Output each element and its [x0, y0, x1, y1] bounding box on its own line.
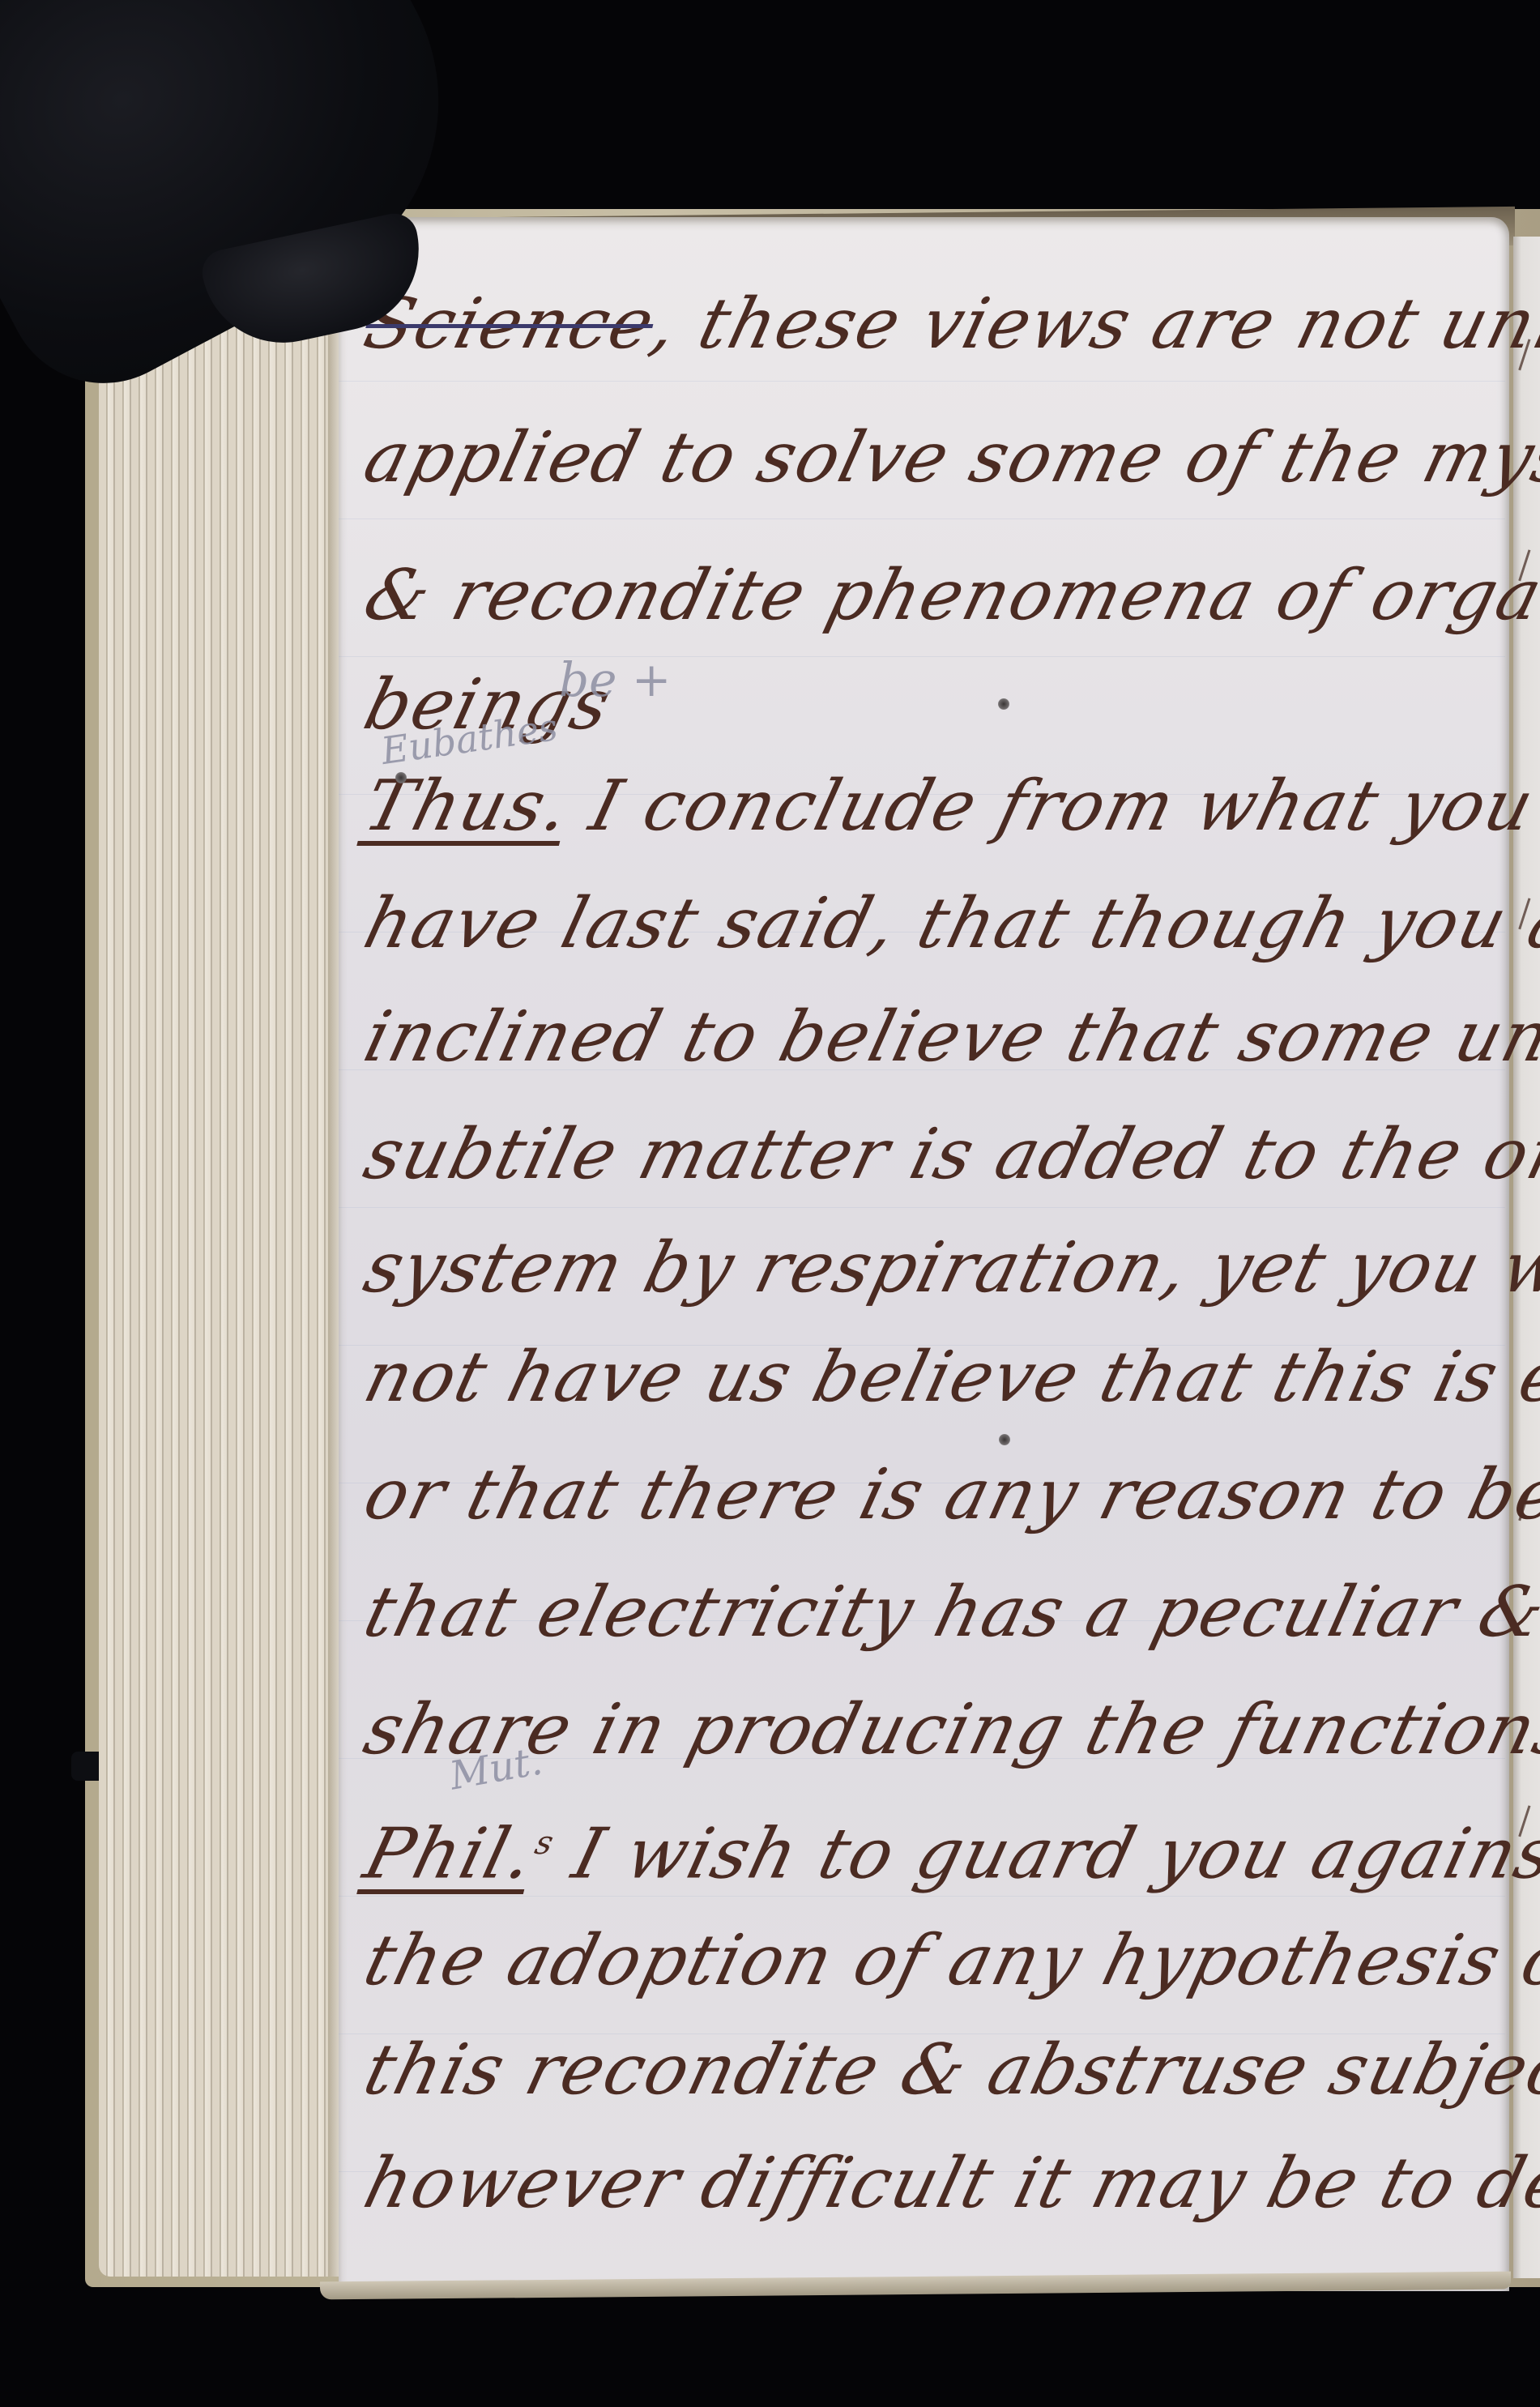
speaker-label: Thus.: [356, 766, 579, 847]
ruled-line: [339, 1896, 1505, 1897]
ruled-line: [339, 656, 1505, 657]
manuscript-line-1: Science, these views are not unnatural: [356, 284, 1527, 365]
manuscript-line-9: system by respiration, yet you would: [356, 1227, 1527, 1308]
manuscript-line-5: Thus. I conclude from what you: [356, 766, 1527, 847]
ink-spot: [395, 772, 407, 783]
manuscript-line-2: applied to solve some of the mysterious: [356, 417, 1527, 498]
bookmark-tab: [71, 1752, 99, 1781]
ink-spot: [999, 1434, 1010, 1445]
pencil-annotation: be +: [559, 652, 672, 707]
manuscript-line-7: inclined to believe that some unknown: [356, 997, 1527, 1078]
manuscript-line-11: or that there is any reason to believe: [356, 1454, 1527, 1535]
manuscript-line-17: however difficult it may be to define: [356, 2143, 1527, 2224]
manuscript-line-8: subtile matter is added to the organic: [356, 1114, 1527, 1195]
ruled-line: [339, 381, 1505, 382]
ruled-line: [339, 519, 1505, 519]
speaker-label: Phil.: [356, 1814, 544, 1895]
page-stack-edges: [99, 235, 342, 2277]
manuscript-line-15: the adoption of any hypothesis on: [356, 1920, 1527, 2001]
manuscript-line-14: Phil.s I wish to guard you against: [356, 1803, 1529, 1895]
manuscript-line-12: that electricity has a peculiar & especi…: [356, 1572, 1527, 1653]
manuscript-line-16: this recondite & abstruse subject; but: [356, 2029, 1527, 2110]
ruled-line: [339, 1207, 1505, 1208]
manuscript-line-10: not have us believe that this is electri…: [356, 1337, 1527, 1418]
manuscript-line-3: & recondite phenomena of organized: [356, 555, 1527, 636]
manuscript-line-6: have last said, that though you are: [356, 883, 1527, 964]
ink-spot: [998, 698, 1009, 710]
